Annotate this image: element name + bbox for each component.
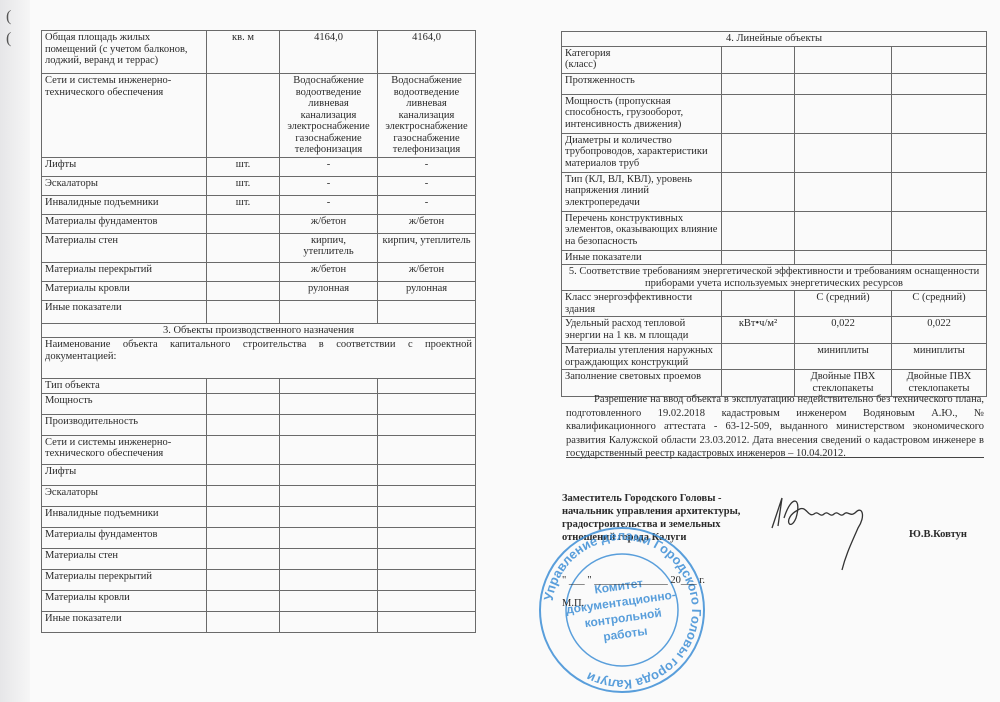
cell-actual: кирпич, утеплитель [378, 233, 476, 262]
cell-unit [207, 590, 280, 611]
cell-unit [207, 464, 280, 485]
table-row: Материалы утепления наружных ограждающих… [562, 344, 987, 370]
cell-project: миниплиты [795, 344, 892, 370]
cell-unit [207, 300, 280, 323]
cell-unit [722, 344, 795, 370]
cell-unit [207, 281, 280, 300]
cell-actual: 0,022 [892, 317, 987, 344]
cell-actual [378, 527, 476, 548]
cell-unit [207, 611, 280, 632]
cell-project: рулонная [280, 281, 378, 300]
cell-project: ж/бетон [280, 262, 378, 281]
table-row: Материалы фундаментов [42, 527, 476, 548]
cell-unit [207, 435, 280, 464]
table-row: Мощность (пропускная способность, грузоо… [562, 94, 987, 133]
cell-project [280, 506, 378, 527]
table-row: Материалы фундаментовж/бетонж/бетон [42, 214, 476, 233]
margin-mark: ( [6, 30, 11, 48]
cell-unit [722, 291, 795, 317]
cell-actual [892, 133, 987, 172]
cell-project [280, 379, 378, 394]
cell-project [280, 611, 378, 632]
cell-label: Сети и системы инженерно-технического об… [42, 74, 207, 158]
table-row: Эскалаторы [42, 485, 476, 506]
cell-project: - [280, 157, 378, 176]
cell-actual: - [378, 195, 476, 214]
cell-actual [892, 211, 987, 250]
cell-unit [207, 506, 280, 527]
table-row: Материалы кровли [42, 590, 476, 611]
technical-plan-note: Разрешение на ввод объекта в эксплуатаци… [566, 393, 984, 461]
cell-label: Материалы перекрытий [42, 569, 207, 590]
cell-label: Лифты [42, 464, 207, 485]
cell-label: Мощность (пропускная способность, грузоо… [562, 94, 722, 133]
cell-label: Иные показатели [562, 250, 722, 265]
table-row: Лифтышт.-- [42, 157, 476, 176]
cell-unit [722, 46, 795, 73]
cell-label: Класс энергоэффективности здания [562, 291, 722, 317]
cell-project [280, 527, 378, 548]
cell-label: Тип объекта [42, 379, 207, 394]
cell-label: Инвалидные подъемники [42, 506, 207, 527]
table-row: Мощность [42, 393, 476, 414]
cell-label: Удельный расход тепловой энергии на 1 кв… [562, 317, 722, 344]
cell-unit [722, 211, 795, 250]
table-row: Класс энергоэффективности зданияС (средн… [562, 291, 987, 317]
table-row: Общая площадь жилых помещений (с учетом … [42, 31, 476, 74]
table-row: Материалы перекрытий [42, 569, 476, 590]
cell-unit [207, 527, 280, 548]
cell-actual [892, 250, 987, 265]
cell-unit [722, 133, 795, 172]
cell-label: Тип (КЛ, ВЛ, КВЛ), уровень напряжения ли… [562, 172, 722, 211]
cell-actual: ж/бетон [378, 214, 476, 233]
cell-actual [378, 506, 476, 527]
section-4-title: 4. Линейные объекты [562, 32, 987, 47]
cell-label: Иные показатели [42, 300, 207, 323]
cell-label: Диаметры и количество трубопроводов, хар… [562, 133, 722, 172]
cell-actual [378, 464, 476, 485]
cell-actual [892, 172, 987, 211]
table-row: Диаметры и количество трубопроводов, хар… [562, 133, 987, 172]
cell-actual: С (средний) [892, 291, 987, 317]
cell-project [280, 548, 378, 569]
table-row: Сети и системы инженерно-технического об… [42, 74, 476, 158]
cell-label: Протяженность [562, 73, 722, 94]
cell-project: - [280, 195, 378, 214]
cell-actual: миниплиты [892, 344, 987, 370]
section-3-object-name-label: Наименование объекта капитального строит… [42, 338, 476, 379]
handwritten-signature [762, 488, 872, 578]
table-row: Категория (класс) [562, 46, 987, 73]
cell-project [795, 133, 892, 172]
cell-label: Эскалаторы [42, 176, 207, 195]
cell-project [280, 435, 378, 464]
cell-label: Материалы стен [42, 233, 207, 262]
cell-unit [207, 214, 280, 233]
cell-unit [207, 233, 280, 262]
table-row: Материалы стенкирпич, утеплителькирпич, … [42, 233, 476, 262]
cell-label: Общая площадь жилых помещений (с учетом … [42, 31, 207, 74]
table-row: Тип (КЛ, ВЛ, КВЛ), уровень напряжения ли… [562, 172, 987, 211]
seal-place-label: М.П. [562, 598, 584, 609]
table-row: Сети и системы инженерно-технического об… [42, 435, 476, 464]
cell-actual [892, 73, 987, 94]
table-row: Тип объекта [42, 379, 476, 394]
cell-label: Сети и системы инженерно-технического об… [42, 435, 207, 464]
cell-project [280, 393, 378, 414]
cell-label: Материалы кровли [42, 281, 207, 300]
cell-project [280, 485, 378, 506]
cell-label: Материалы фундаментов [42, 214, 207, 233]
cell-project: - [280, 176, 378, 195]
cell-label: Материалы стен [42, 548, 207, 569]
cell-label: Материалы утепления наружных ограждающих… [562, 344, 722, 370]
cell-actual: рулонная [378, 281, 476, 300]
table-row: Инвалидные подъемникишт.-- [42, 195, 476, 214]
cell-unit: шт. [207, 195, 280, 214]
cell-label: Материалы перекрытий [42, 262, 207, 281]
cell-unit: кв. м [207, 31, 280, 74]
cell-project: 4164,0 [280, 31, 378, 74]
cell-actual [378, 393, 476, 414]
cell-project [795, 172, 892, 211]
cell-unit [207, 569, 280, 590]
cell-label: Материалы кровли [42, 590, 207, 611]
table-row: Материалы кровлирулоннаярулонная [42, 281, 476, 300]
cell-unit [207, 379, 280, 394]
cell-actual: Водоснабжение водоотведение ливневая кан… [378, 74, 476, 158]
cell-unit [722, 94, 795, 133]
left-characteristics-table: Общая площадь жилых помещений (с учетом … [41, 30, 476, 633]
cell-project [280, 300, 378, 323]
cell-project [795, 94, 892, 133]
cell-actual [378, 300, 476, 323]
cell-project: ж/бетон [280, 214, 378, 233]
cell-unit: шт. [207, 157, 280, 176]
cell-unit [207, 262, 280, 281]
cell-actual [378, 569, 476, 590]
right-characteristics-table: 4. Линейные объекты Категория (класс)Про… [561, 31, 987, 397]
table-row: Перечень конструктивных элементов, оказы… [562, 211, 987, 250]
table-row: Производительность [42, 414, 476, 435]
cell-actual [378, 548, 476, 569]
cell-actual [378, 485, 476, 506]
cell-project: 0,022 [795, 317, 892, 344]
cell-unit [207, 485, 280, 506]
signatory-name: Ю.В.Ковтун [909, 529, 967, 540]
official-stamp: Управление делами Городского Головы горо… [532, 520, 712, 700]
table-row: Протяженность [562, 73, 987, 94]
table-row: Иные показатели [42, 611, 476, 632]
cell-unit [722, 73, 795, 94]
table-row: Материалы перекрытийж/бетонж/бетон [42, 262, 476, 281]
cell-label: Лифты [42, 157, 207, 176]
cell-unit [722, 172, 795, 211]
cell-actual [378, 414, 476, 435]
cell-label: Иные показатели [42, 611, 207, 632]
cell-label: Эскалаторы [42, 485, 207, 506]
page-edge-shadow [0, 0, 30, 702]
cell-unit [722, 250, 795, 265]
section-3-title: 3. Объекты производственного назначения [42, 323, 476, 338]
table-row: Эскалаторышт.-- [42, 176, 476, 195]
cell-label: Перечень конструктивных элементов, оказы… [562, 211, 722, 250]
cell-actual [378, 379, 476, 394]
cell-project: С (средний) [795, 291, 892, 317]
cell-project [795, 211, 892, 250]
cell-actual: - [378, 157, 476, 176]
table-row: Инвалидные подъемники [42, 506, 476, 527]
cell-actual [892, 94, 987, 133]
cell-project: Водоснабжение водоотведение ливневая кан… [280, 74, 378, 158]
date-line: " ___ " ______________ 20___ г. [562, 575, 705, 586]
cell-actual: 4164,0 [378, 31, 476, 74]
table-row: Иные показатели [42, 300, 476, 323]
section-5-title: 5. Соответствие требованиям энергетическ… [562, 265, 987, 291]
cell-project [280, 464, 378, 485]
cell-unit: шт. [207, 176, 280, 195]
cell-label: Инвалидные подъемники [42, 195, 207, 214]
cell-actual: - [378, 176, 476, 195]
cell-actual [378, 435, 476, 464]
cell-actual [378, 590, 476, 611]
cell-project [280, 414, 378, 435]
cell-unit: кВт•ч/м² [722, 317, 795, 344]
cell-label: Материалы фундаментов [42, 527, 207, 548]
cell-unit [207, 414, 280, 435]
cell-actual: ж/бетон [378, 262, 476, 281]
cell-project [280, 590, 378, 611]
table-row: Материалы стен [42, 548, 476, 569]
cell-project [280, 569, 378, 590]
note-underline [566, 457, 984, 458]
cell-label: Категория (класс) [562, 46, 722, 73]
cell-label: Мощность [42, 393, 207, 414]
cell-project [795, 73, 892, 94]
cell-project [795, 46, 892, 73]
cell-project: кирпич, утеплитель [280, 233, 378, 262]
cell-unit [207, 548, 280, 569]
cell-project [795, 250, 892, 265]
cell-label: Производительность [42, 414, 207, 435]
table-row: Удельный расход тепловой энергии на 1 кв… [562, 317, 987, 344]
cell-unit [207, 393, 280, 414]
cell-unit [207, 74, 280, 158]
table-row: Иные показатели [562, 250, 987, 265]
cell-actual [892, 46, 987, 73]
table-row: Лифты [42, 464, 476, 485]
cell-actual [378, 611, 476, 632]
margin-mark: ( [6, 8, 11, 26]
